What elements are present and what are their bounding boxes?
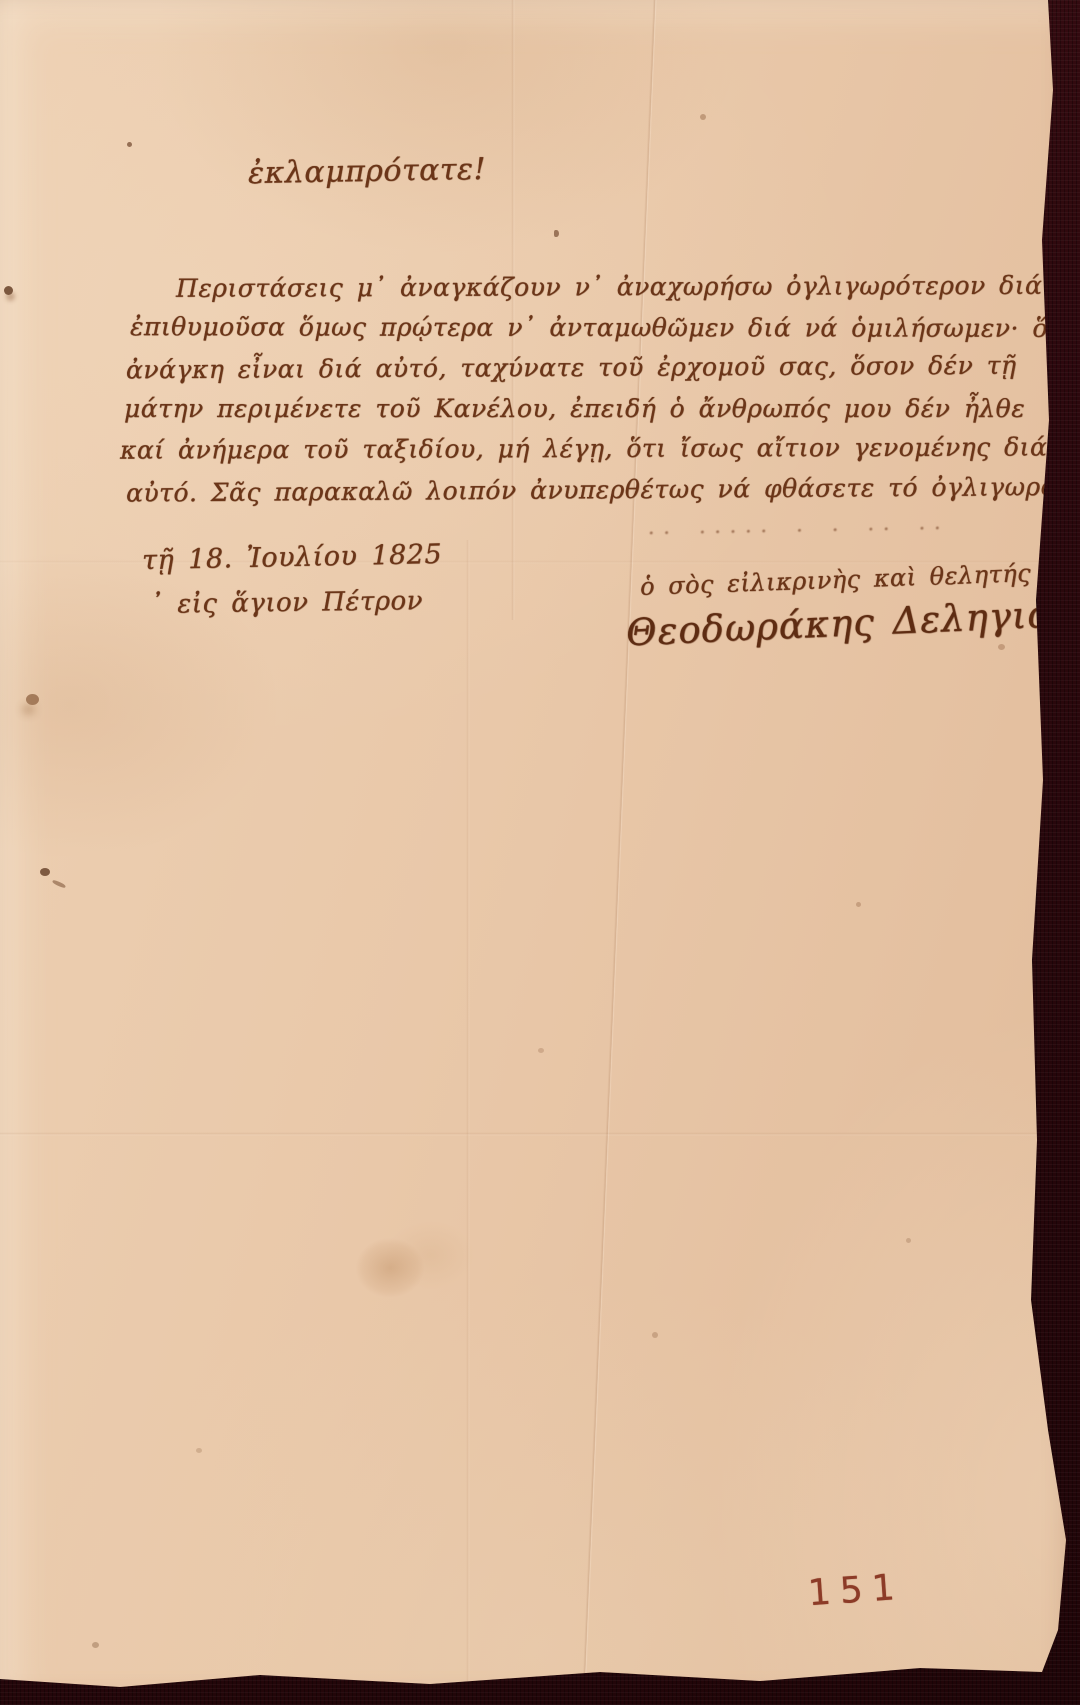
foxing-speck: [196, 1448, 202, 1453]
manuscript-paper-sheet: ἐκλαμπρότατε! Περιστάσεις μ᾽ ἀναγκάζουν …: [0, 0, 1080, 1705]
ink-stain: [26, 694, 39, 705]
body-line: αὐτό. Σᾶς παρακαλῶ λοιπόν ἀνυπερθέτως νά…: [126, 471, 1080, 507]
body-line: Περιστάσεις μ᾽ ἀναγκάζουν ν᾽ ἀναχωρήσω ὀ…: [176, 270, 1080, 303]
ink-dot: [554, 230, 559, 237]
horizontal-fold-crease: [0, 1132, 1040, 1136]
foxing-speck: [92, 1642, 99, 1648]
salutation-text: ἐκλαμπρότατε!: [248, 152, 487, 191]
page-number: 151: [807, 1567, 905, 1615]
foxing-speck: [998, 644, 1005, 650]
place-text: ᾽ εἰς ἅγιον Πέτρον: [150, 586, 423, 620]
vertical-fold-crease: [466, 540, 470, 1690]
ink-stain: [52, 879, 66, 889]
vertical-fold-crease: [511, 0, 515, 620]
foxing-speck: [856, 902, 861, 907]
foxing-speck: [906, 1238, 911, 1243]
ink-dot: [127, 142, 132, 147]
foxing-speck: [700, 114, 706, 120]
closing-text: ὁ σὸς εἰλικρινὴς καὶ θελητής: [640, 559, 1032, 601]
foxing-speck: [538, 1048, 544, 1053]
vertical-fold-crease: [582, 0, 657, 1689]
body-line: ἀνάγκη εἶναι διά αὐτό, ταχύνατε τοῦ ἐρχο…: [126, 351, 1017, 385]
body-line: ἐπιθυμοῦσα ὅμως πρῴτερα ν᾽ ἀνταμωθῶμεν δ…: [130, 312, 1080, 343]
body-line: καί ἀνήμερα τοῦ ταξιδίου, μή λέγῃ, ὅτι ἴ…: [120, 432, 1047, 464]
ink-stain: [4, 286, 13, 295]
ink-transfer-smudge: ·· ····· · · ·· ··: [648, 515, 950, 544]
ink-stain: [40, 868, 50, 876]
body-line: μάτην περιμένετε τοῦ Κανέλου, ἐπειδή ὁ ἄ…: [124, 394, 1025, 423]
date-text: τῇ 18. Ἰουλίου 1825: [142, 539, 443, 576]
foxing-speck: [652, 1332, 658, 1338]
